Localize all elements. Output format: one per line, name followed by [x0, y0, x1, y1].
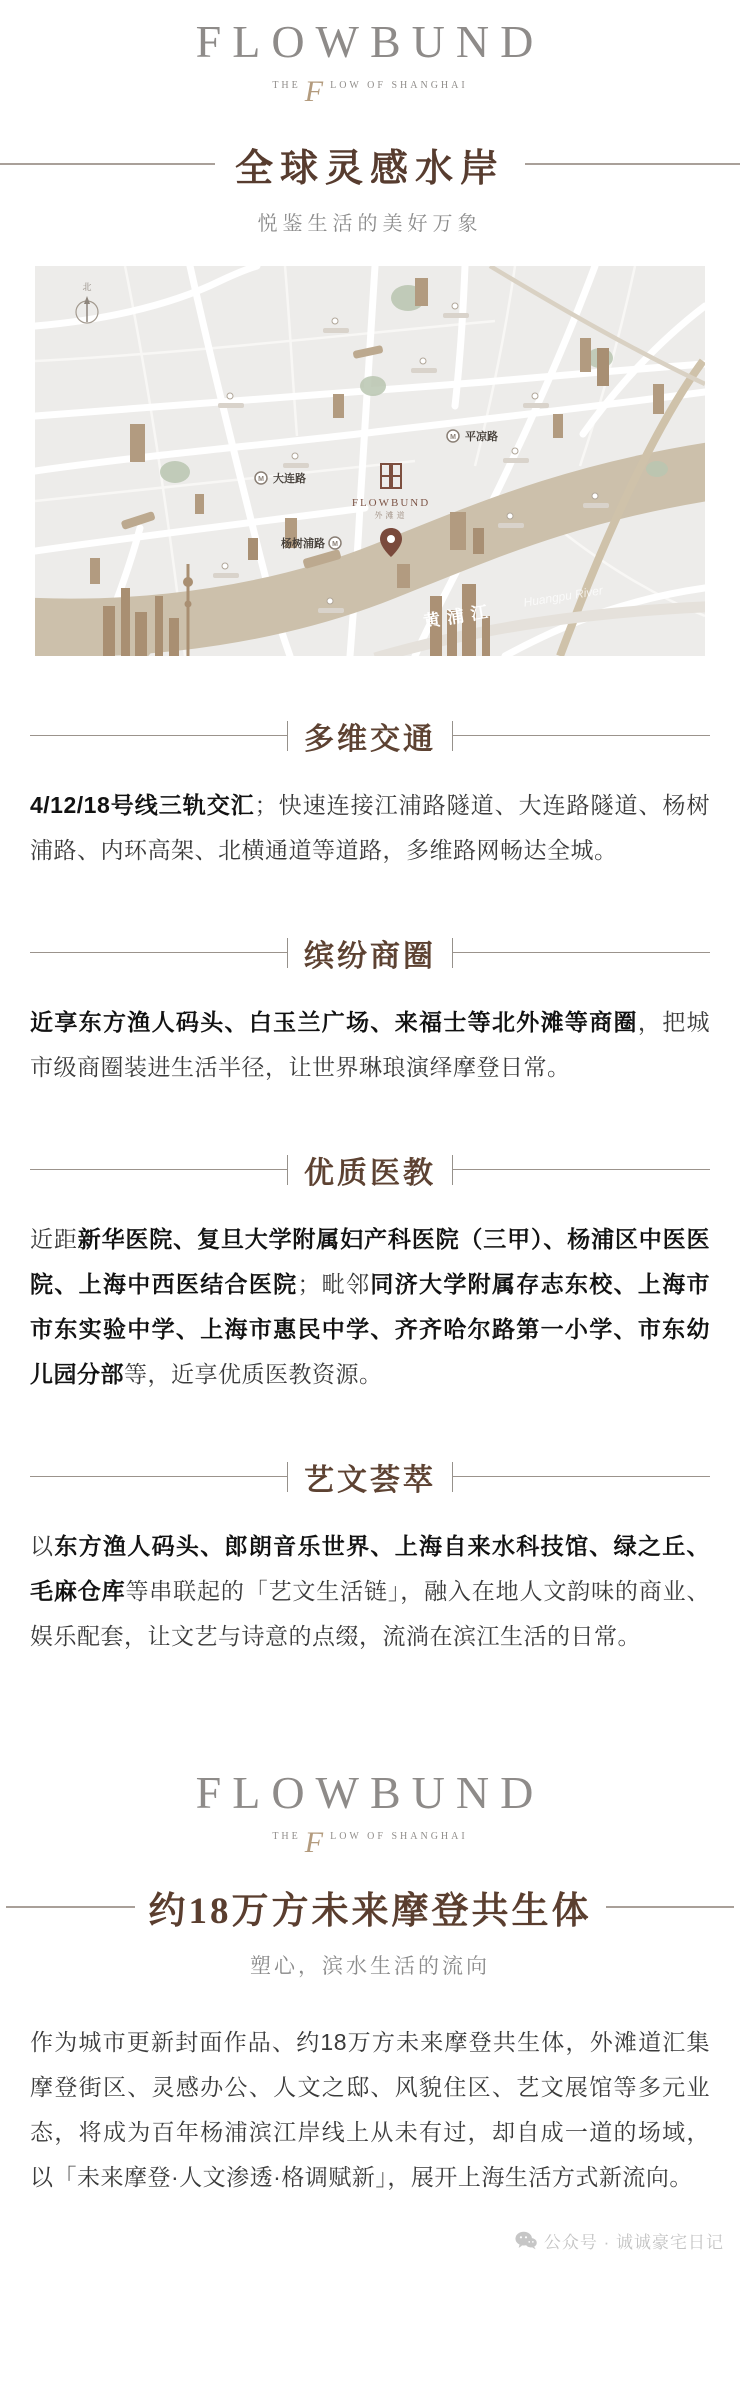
rule-left [30, 735, 287, 736]
metro-icon: M [450, 434, 456, 441]
rule-right [453, 735, 710, 736]
rule-right [453, 1169, 710, 1170]
project-subname-label: 外滩道 [375, 510, 408, 520]
station-yangshupu: 杨树浦路 M [281, 536, 341, 550]
metro-icon: M [258, 476, 264, 483]
rule-left [30, 952, 287, 953]
section-title: 缤纷商圈 [288, 931, 452, 975]
second-title-row: 约18万方未来摩登共生体 [0, 1880, 740, 1934]
second-paragraph: 作为城市更新封面作品、约18万方未来摩登共生体，外滩道汇集摩登街区、灵感办公、人… [30, 2020, 710, 2200]
map-image: 北 M 大连路 M 平凉路 杨树浦路 M [35, 266, 705, 656]
brand-logo: FLOWBUND THE F LOW OF SHANGHAI [0, 0, 740, 103]
brand-tagline: THE F LOW OF SHANGHAI [0, 1820, 740, 1854]
second-title: 约18万方未来摩登共生体 [135, 1880, 606, 1934]
text-run: 等，近享优质医教资源。 [124, 1361, 383, 1387]
watermark-text: 公众号 · 诚诚豪宅日记 [544, 2228, 724, 2253]
text-run: 以 [30, 1533, 54, 1559]
highlighted-text-run: 4/12/18号线三轨交汇 [30, 792, 255, 818]
section-paragraph-medical-education: 近距新华医院、复旦大学附属妇产科医院（三甲）、杨浦区中医医院、上海中西医结合医院… [30, 1217, 710, 1397]
section-title: 多维交通 [288, 714, 452, 758]
brand-logo-secondary: FLOWBUND THE F LOW OF SHANGHAI [0, 1751, 740, 1854]
wechat-icon [515, 2231, 537, 2250]
section-head-business: 缤纷商圈 [30, 931, 710, 975]
station-label: 大连路 [273, 471, 306, 485]
rule-left [30, 1169, 287, 1170]
section-paragraph-culture: 以东方渔人码头、郎朗音乐世界、上海自来水科技馆、绿之丘、毛麻仓库等串联起的「艺文… [30, 1524, 710, 1659]
highlighted-text-run: 近享东方渔人码头、白玉兰广场、来福士等北外滩等商圈 [30, 1009, 638, 1035]
page-subtitle: 悦鉴生活的美好万象 [0, 207, 740, 236]
tagline-rest: LOW OF SHANGHAI [330, 1831, 468, 1842]
text-run: ；毗邻 [297, 1271, 370, 1297]
section-head-culture: 艺文荟萃 [30, 1455, 710, 1499]
text-run: 等串联起的「艺文生活链」，融入在地人文韵味的商业、娱乐配套，让文艺与诗意的点缀，… [30, 1578, 710, 1649]
title-rule-left [0, 163, 215, 165]
brand-tagline: THE F LOW OF SHANGHAI [0, 69, 740, 103]
second-subtitle: 塑心，滨水生活的流向 [0, 1950, 740, 1980]
rule-right [453, 952, 710, 953]
text-run: 近距 [30, 1226, 78, 1252]
tagline-the: THE [272, 1831, 300, 1842]
page-title: 全球灵感水岸 [215, 137, 525, 192]
tagline-the: THE [272, 80, 300, 91]
title-rule-left [6, 1906, 135, 1908]
rule-right [453, 1476, 710, 1477]
project-name-label: FLOWBUND [352, 497, 430, 509]
article-body: 多维交通 4/12/18号线三轨交汇；快速连接江浦路隧道、大连路隧道、杨树浦路、… [0, 714, 740, 1659]
section-paragraph-business: 近享东方渔人码头、白玉兰广场、来福士等北外滩等商圈，把城市级商圈装进生活半径，让… [30, 1000, 710, 1090]
station-label: 杨树浦路 [281, 536, 325, 550]
section-title: 艺文荟萃 [288, 1455, 452, 1499]
rule-left [30, 1476, 287, 1477]
location-map: 北 M 大连路 M 平凉路 杨树浦路 M [35, 266, 705, 656]
section-title: 优质医教 [288, 1148, 452, 1192]
tagline-rest: LOW OF SHANGHAI [330, 80, 468, 91]
hero-title-row: 全球灵感水岸 [0, 137, 740, 192]
section-head-medical-education: 优质医教 [30, 1148, 710, 1192]
brand-wordmark: FLOWBUND [0, 1767, 740, 1820]
station-dalian: M 大连路 [255, 471, 306, 485]
watermark-footer: 公众号 · 诚诚豪宅日记 [0, 2228, 740, 2267]
metro-icon: M [332, 541, 338, 548]
title-rule-right [525, 163, 740, 165]
station-pingliang: M 平凉路 [447, 429, 498, 443]
brand-wordmark: FLOWBUND [0, 16, 740, 69]
compass-label: 北 [82, 281, 91, 292]
second-body: 作为城市更新封面作品、约18万方未来摩登共生体，外滩道汇集摩登街区、灵感办公、人… [0, 2020, 740, 2200]
title-rule-right [606, 1906, 735, 1908]
article-page: FLOWBUND THE F LOW OF SHANGHAI 全球灵感水岸 悦鉴… [0, 0, 740, 2391]
station-label: 平凉路 [465, 429, 498, 443]
section-head-transport: 多维交通 [30, 714, 710, 758]
section-paragraph-transport: 4/12/18号线三轨交汇；快速连接江浦路隧道、大连路隧道、杨树浦路、内环高架、… [30, 783, 710, 873]
